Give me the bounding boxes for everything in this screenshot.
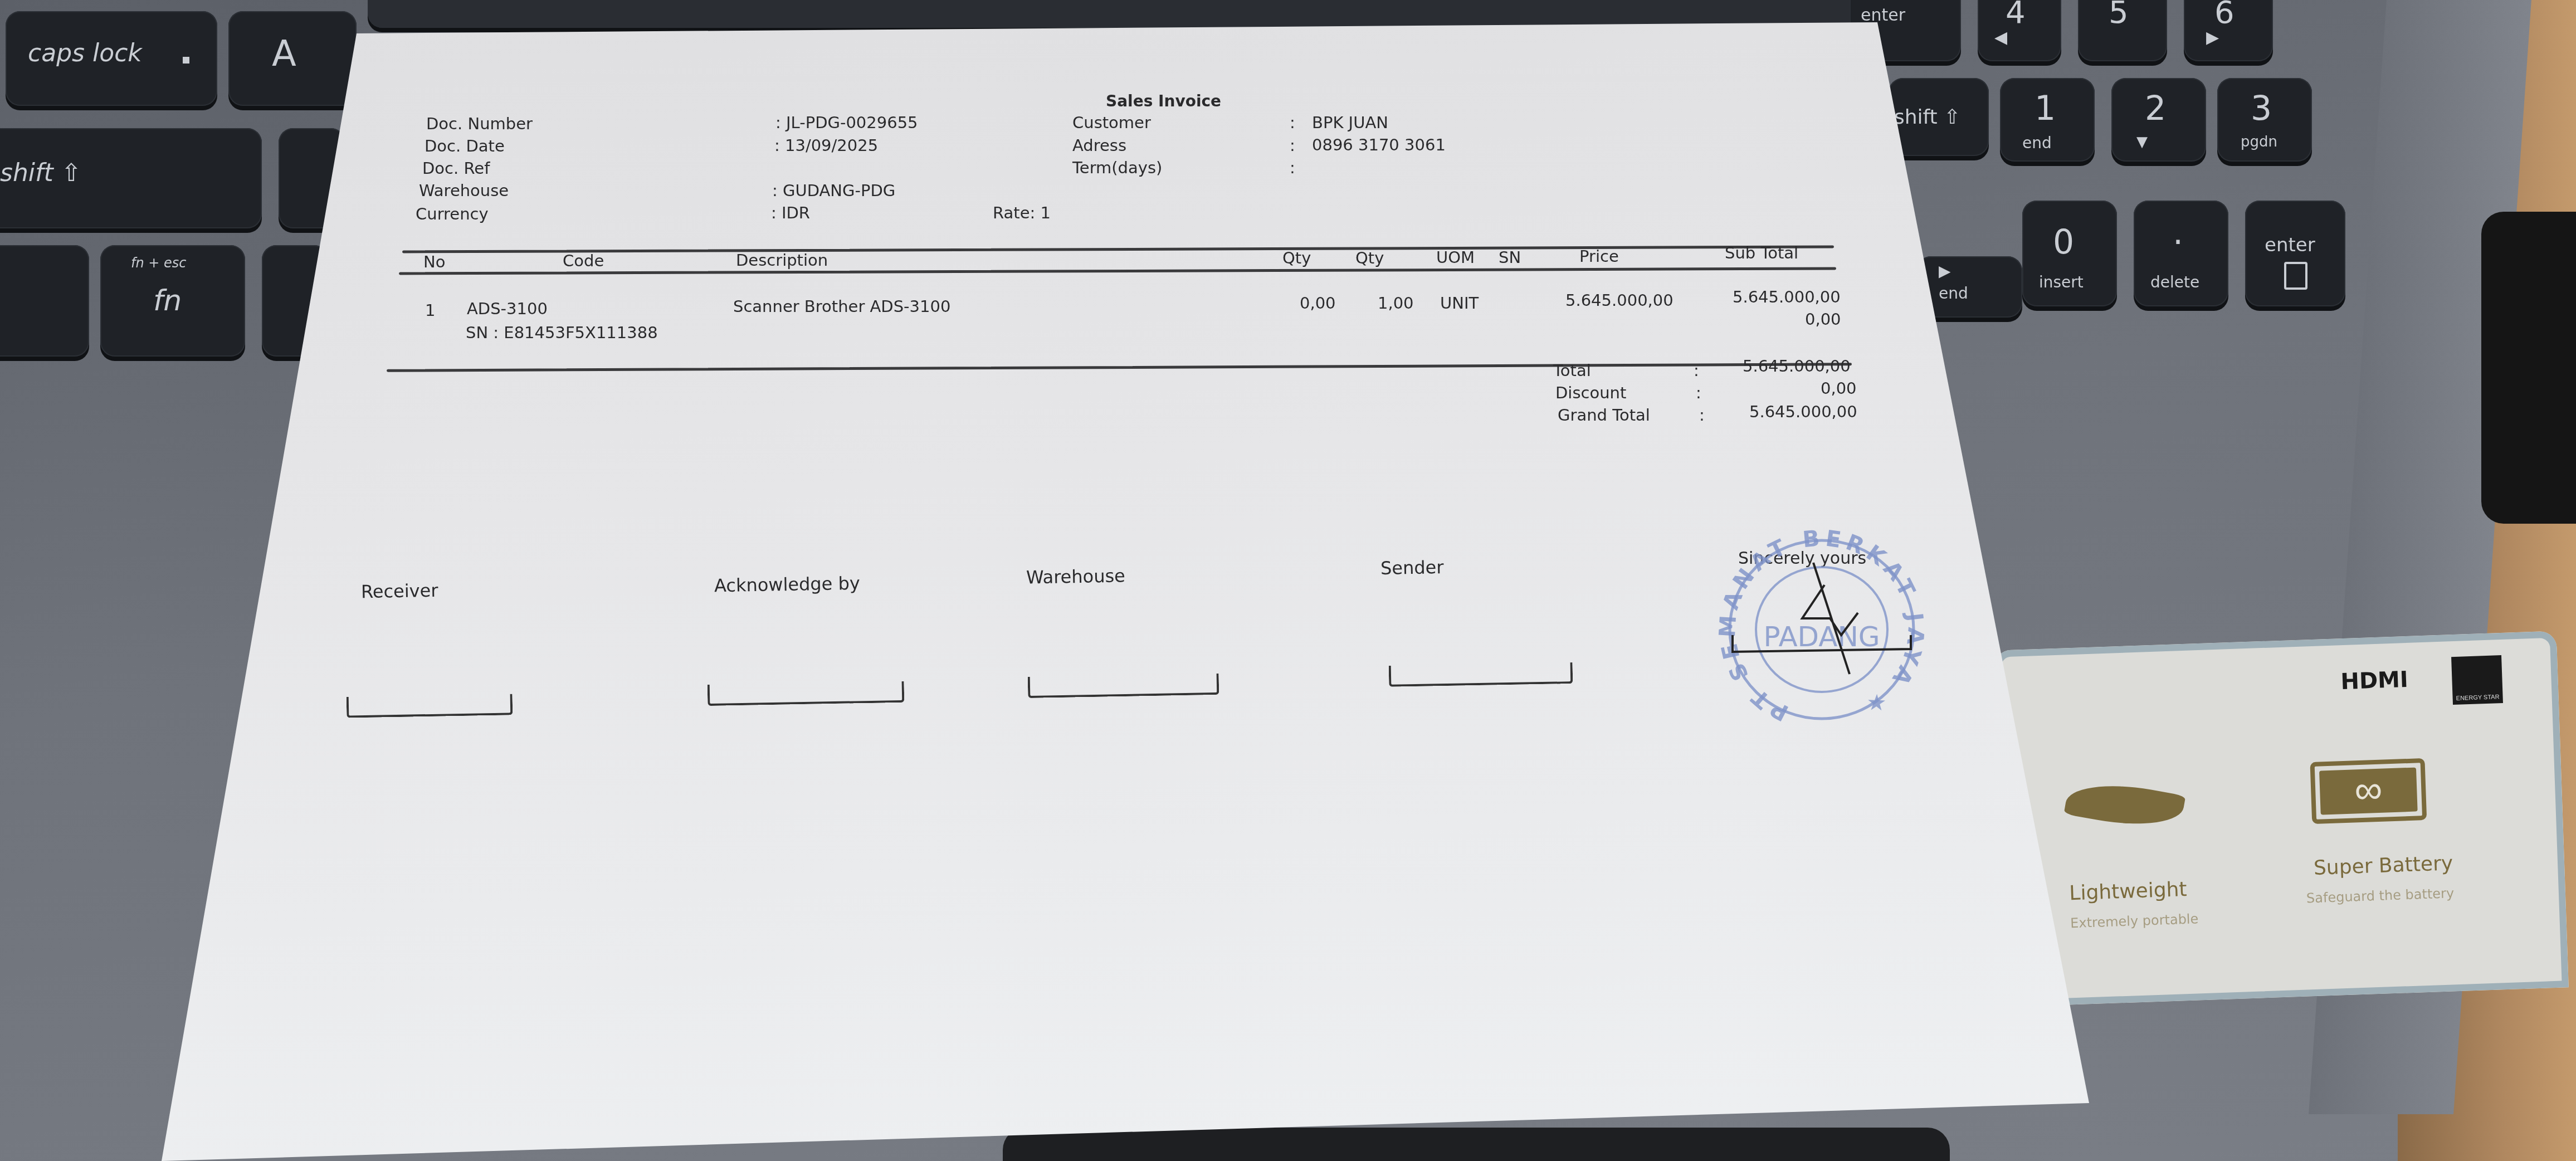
field-label-term: Term(days) <box>1072 158 1162 177</box>
signature-label-warehouse: Warehouse <box>1026 565 1125 588</box>
field-label-currency: Currency <box>416 204 489 223</box>
field-value-warehouse: : GUDANG-PDG <box>772 181 895 200</box>
field-value-customer: BPK JUAN <box>1312 113 1388 132</box>
grand-total-value: 5.645.000,00 <box>1749 402 1857 421</box>
signature-label-acknowledge: Acknowledge by <box>714 573 860 597</box>
field-label-warehouse: Warehouse <box>419 181 509 200</box>
col-header-description: Description <box>736 251 828 270</box>
stamp-center-text: PADANG <box>1763 621 1880 653</box>
signature-label-receiver: Receiver <box>361 580 438 602</box>
field-label-doc-ref: Doc. Ref <box>422 159 490 178</box>
cell-no: 1 <box>425 301 435 320</box>
field-sep-address: : <box>1290 136 1295 155</box>
signature-label-sender: Sender <box>1380 557 1444 579</box>
table-bottom-rule <box>387 363 1852 372</box>
cell-code: ADS-3100 <box>467 299 548 318</box>
field-label-doc-number: Doc. Number <box>426 114 533 133</box>
col-header-sn: SN <box>1499 248 1521 267</box>
table-top-rule <box>402 246 1834 253</box>
cell-sn-line: SN : E81453F5X111388 <box>466 323 658 342</box>
total-sep: : <box>1694 361 1699 380</box>
field-value-doc-date: : 13/09/2025 <box>774 136 878 155</box>
cell-qty1: 0,00 <box>1300 294 1336 313</box>
col-header-price: Price <box>1579 247 1619 266</box>
invoice-title: Sales Invoice <box>1106 92 1221 110</box>
col-header-qty: Qty <box>1282 248 1311 267</box>
col-header-subtotal: Sub Total <box>1725 243 1798 262</box>
field-label-address: Adress <box>1072 136 1126 155</box>
cell-price: 5.645.000,00 <box>1565 291 1674 310</box>
total-label: Total <box>1553 361 1591 380</box>
signature-line-acknowledge <box>708 681 905 706</box>
cell-qty2: 1,00 <box>1378 294 1414 313</box>
discount-label: Discount <box>1555 383 1626 402</box>
discount-sep: : <box>1696 383 1701 402</box>
cell-subtotal-extra: 0,00 <box>1805 310 1841 329</box>
table-header-rule <box>399 267 1836 275</box>
grand-total-sep: : <box>1699 406 1705 425</box>
field-label-customer: Customer <box>1072 113 1151 132</box>
sales-invoice-document: Sales Invoice Doc. Number : JL-PDG-00296… <box>0 0 2576 1161</box>
field-label-doc-date: Doc. Date <box>425 136 505 155</box>
col-header-uom: UOM <box>1436 248 1475 267</box>
grand-total-label: Grand Total <box>1558 406 1650 425</box>
signature-line-warehouse <box>1028 674 1219 698</box>
field-sep-term: : <box>1290 158 1295 177</box>
field-value-doc-number: : JL-PDG-0029655 <box>775 113 918 132</box>
signature-scribble <box>1802 563 1858 674</box>
col-header-code: Code <box>563 251 604 270</box>
field-value-address: 0896 3170 3061 <box>1312 135 1446 154</box>
discount-value: 0,00 <box>1821 379 1857 398</box>
cell-description: Scanner Brother ADS-3100 <box>733 297 950 316</box>
field-rate: Rate: 1 <box>993 203 1051 222</box>
field-sep-customer: : <box>1290 113 1295 132</box>
cell-uom: UNIT <box>1440 294 1479 313</box>
cell-subtotal: 5.645.000,00 <box>1733 287 1841 306</box>
signature-line-receiver <box>347 694 513 718</box>
field-value-currency: : IDR <box>771 203 810 222</box>
signature-line-sender <box>1389 662 1573 687</box>
col-header-qty2: Qty <box>1355 248 1384 267</box>
company-stamp: PT SEMANAT BERKAT JAYA ★ PADANG <box>1710 529 1933 730</box>
col-header-no: No <box>423 252 445 271</box>
total-value: 5.645.000,00 <box>1743 357 1851 375</box>
